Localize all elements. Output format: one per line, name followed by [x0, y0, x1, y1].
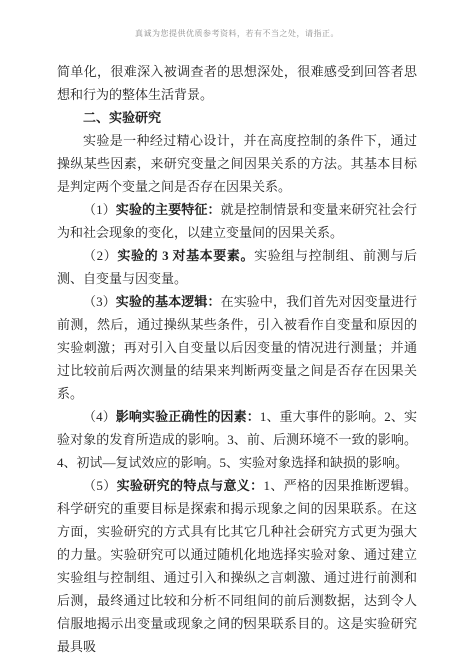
list-item-2: （2）实验的 3 对基本要素。实验组与控制组、前测与后测、自变量与因变量。 [57, 244, 417, 290]
item-number: （1） [83, 202, 116, 217]
item-number: （4） [83, 409, 116, 424]
item-title: 实验的主要特征： [116, 202, 221, 217]
item-number: （2） [83, 248, 117, 263]
list-item-4: （4）影响实验正确性的因素：1、重大事件的影响。2、实验对象的发育所造成的影响。… [57, 405, 417, 474]
list-item-5: （5）实验研究的特点与意义：1、严格的因果推断逻辑。科学研究的重要目标是探索和揭… [57, 474, 417, 658]
list-item-1: （1）实验的主要特征：就是控制情景和变量来研究社会行为和社会现象的变化，以建立变… [57, 198, 417, 244]
item-number: （5） [83, 478, 117, 493]
list-item-3: （3）实验的基本逻辑：在实验中，我们首先对因变量进行前测，然后，通过操纵某些条件… [57, 290, 417, 405]
section-heading: 二、实验研究 [57, 106, 417, 129]
paragraph-intro-continuation: 简单化，很难深入被调查者的思想深处，很难感受到回答者思想和行为的整体生活背景。 [57, 60, 417, 106]
paragraph-definition: 实验是一种经过精心设计，并在高度控制的条件下，通过操纵某些因素，来研究变量之间因… [57, 129, 417, 198]
item-title: 影响实验正确性的因素： [116, 409, 260, 424]
page-number: 3 / 6 [0, 616, 474, 626]
item-number: （3） [83, 294, 116, 309]
document-content: 简单化，很难深入被调查者的思想深处，很难感受到回答者思想和行为的整体生活背景。 … [57, 60, 417, 658]
item-title: 实验研究的特点与意义： [117, 478, 264, 493]
item-title: 实验的基本逻辑： [116, 294, 221, 309]
item-title: 实验的 3 对基本要素。 [117, 248, 254, 263]
item-body: 在实验中，我们首先对因变量进行前测，然后，通过操纵某些条件，引入被看作自变量和原… [57, 294, 417, 401]
item-body: 1、严格的因果推断逻辑。科学研究的重要目标是探索和揭示现象之间的因果联系。在这方… [57, 478, 417, 654]
document-page: 真诚为您提供优质参考资料，若有不当之处，请指正。 简单化，很难深入被调查者的思想… [0, 0, 474, 670]
header-note: 真诚为您提供优质参考资料，若有不当之处，请指正。 [0, 28, 474, 39]
